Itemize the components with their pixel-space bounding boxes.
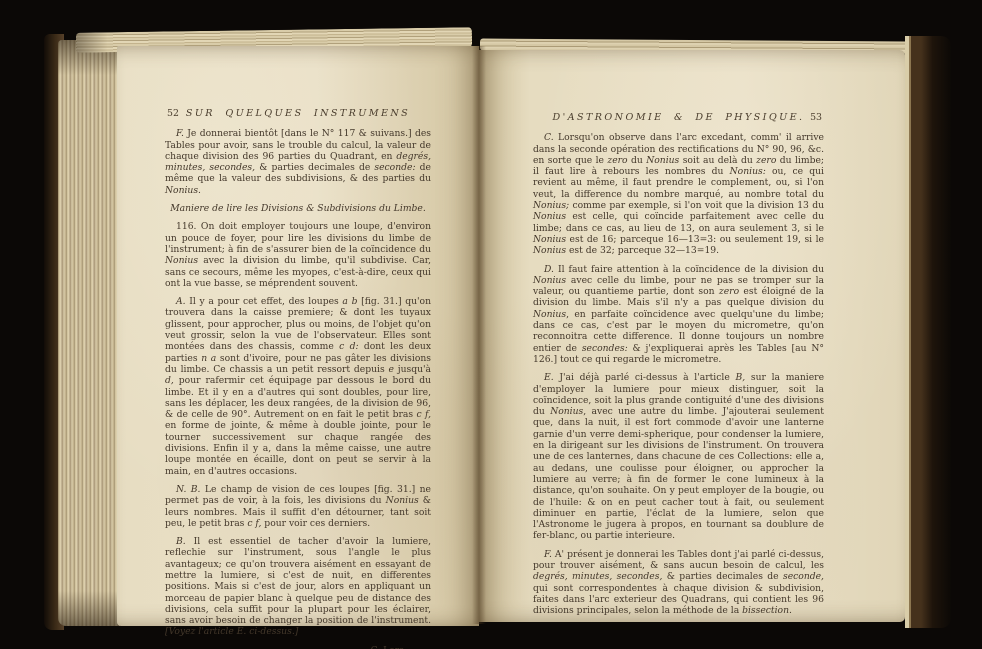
left-running-title: SUR QUELQUES INSTRUMENS bbox=[186, 108, 410, 119]
paragraph-F: F. Je donnerai bientôt [dans le N° 117 &… bbox=[165, 128, 431, 196]
left-page-text-column: 52 SUR QUELQUES INSTRUMENS F. Je donnera… bbox=[165, 108, 431, 578]
right-page-number: 53 bbox=[810, 112, 822, 123]
paragraph-C: C. Lorsqu'on observe dans l'arc excedant… bbox=[533, 132, 824, 256]
paragraph-NB: N. B. Le champ de vision de ces loupes [… bbox=[165, 484, 431, 529]
page-stack-left-edge bbox=[58, 40, 120, 626]
paragraph-F2: F. A' présent je donnerai les Tables don… bbox=[533, 549, 824, 617]
right-running-header: D'ASTRONOMIE & DE PHYSIQUE. 53 bbox=[533, 112, 824, 123]
paragraph-D: D. Il faut faire attention à la coïncide… bbox=[533, 264, 824, 366]
section-heading: Maniere de lire les Divisions & Subdivis… bbox=[165, 203, 431, 214]
paragraph-E: E. J'ai déjà parlé ci-dessus à l'article… bbox=[533, 372, 824, 541]
paragraph-B: B. Il est essentiel de tacher d'avoir la… bbox=[165, 536, 431, 638]
left-page-number: 52 bbox=[167, 108, 179, 119]
catchword: C. Lors- bbox=[165, 645, 431, 649]
book-scan-photo: 52 SUR QUELQUES INSTRUMENS F. Je donnera… bbox=[0, 0, 982, 649]
paragraph-116: 116. On doit employer toujours une loupe… bbox=[165, 221, 431, 289]
left-running-header: 52 SUR QUELQUES INSTRUMENS bbox=[165, 108, 431, 119]
right-page-text-column: D'ASTRONOMIE & DE PHYSIQUE. 53 C. Lorsqu… bbox=[533, 112, 824, 582]
paragraph-A: A. Il y a pour cet effet, des loupes a b… bbox=[165, 296, 431, 477]
book-gutter-shadow bbox=[472, 46, 486, 624]
right-running-title: D'ASTRONOMIE & DE PHYSIQUE. bbox=[553, 112, 805, 123]
book-cover-right-edge bbox=[905, 36, 951, 628]
